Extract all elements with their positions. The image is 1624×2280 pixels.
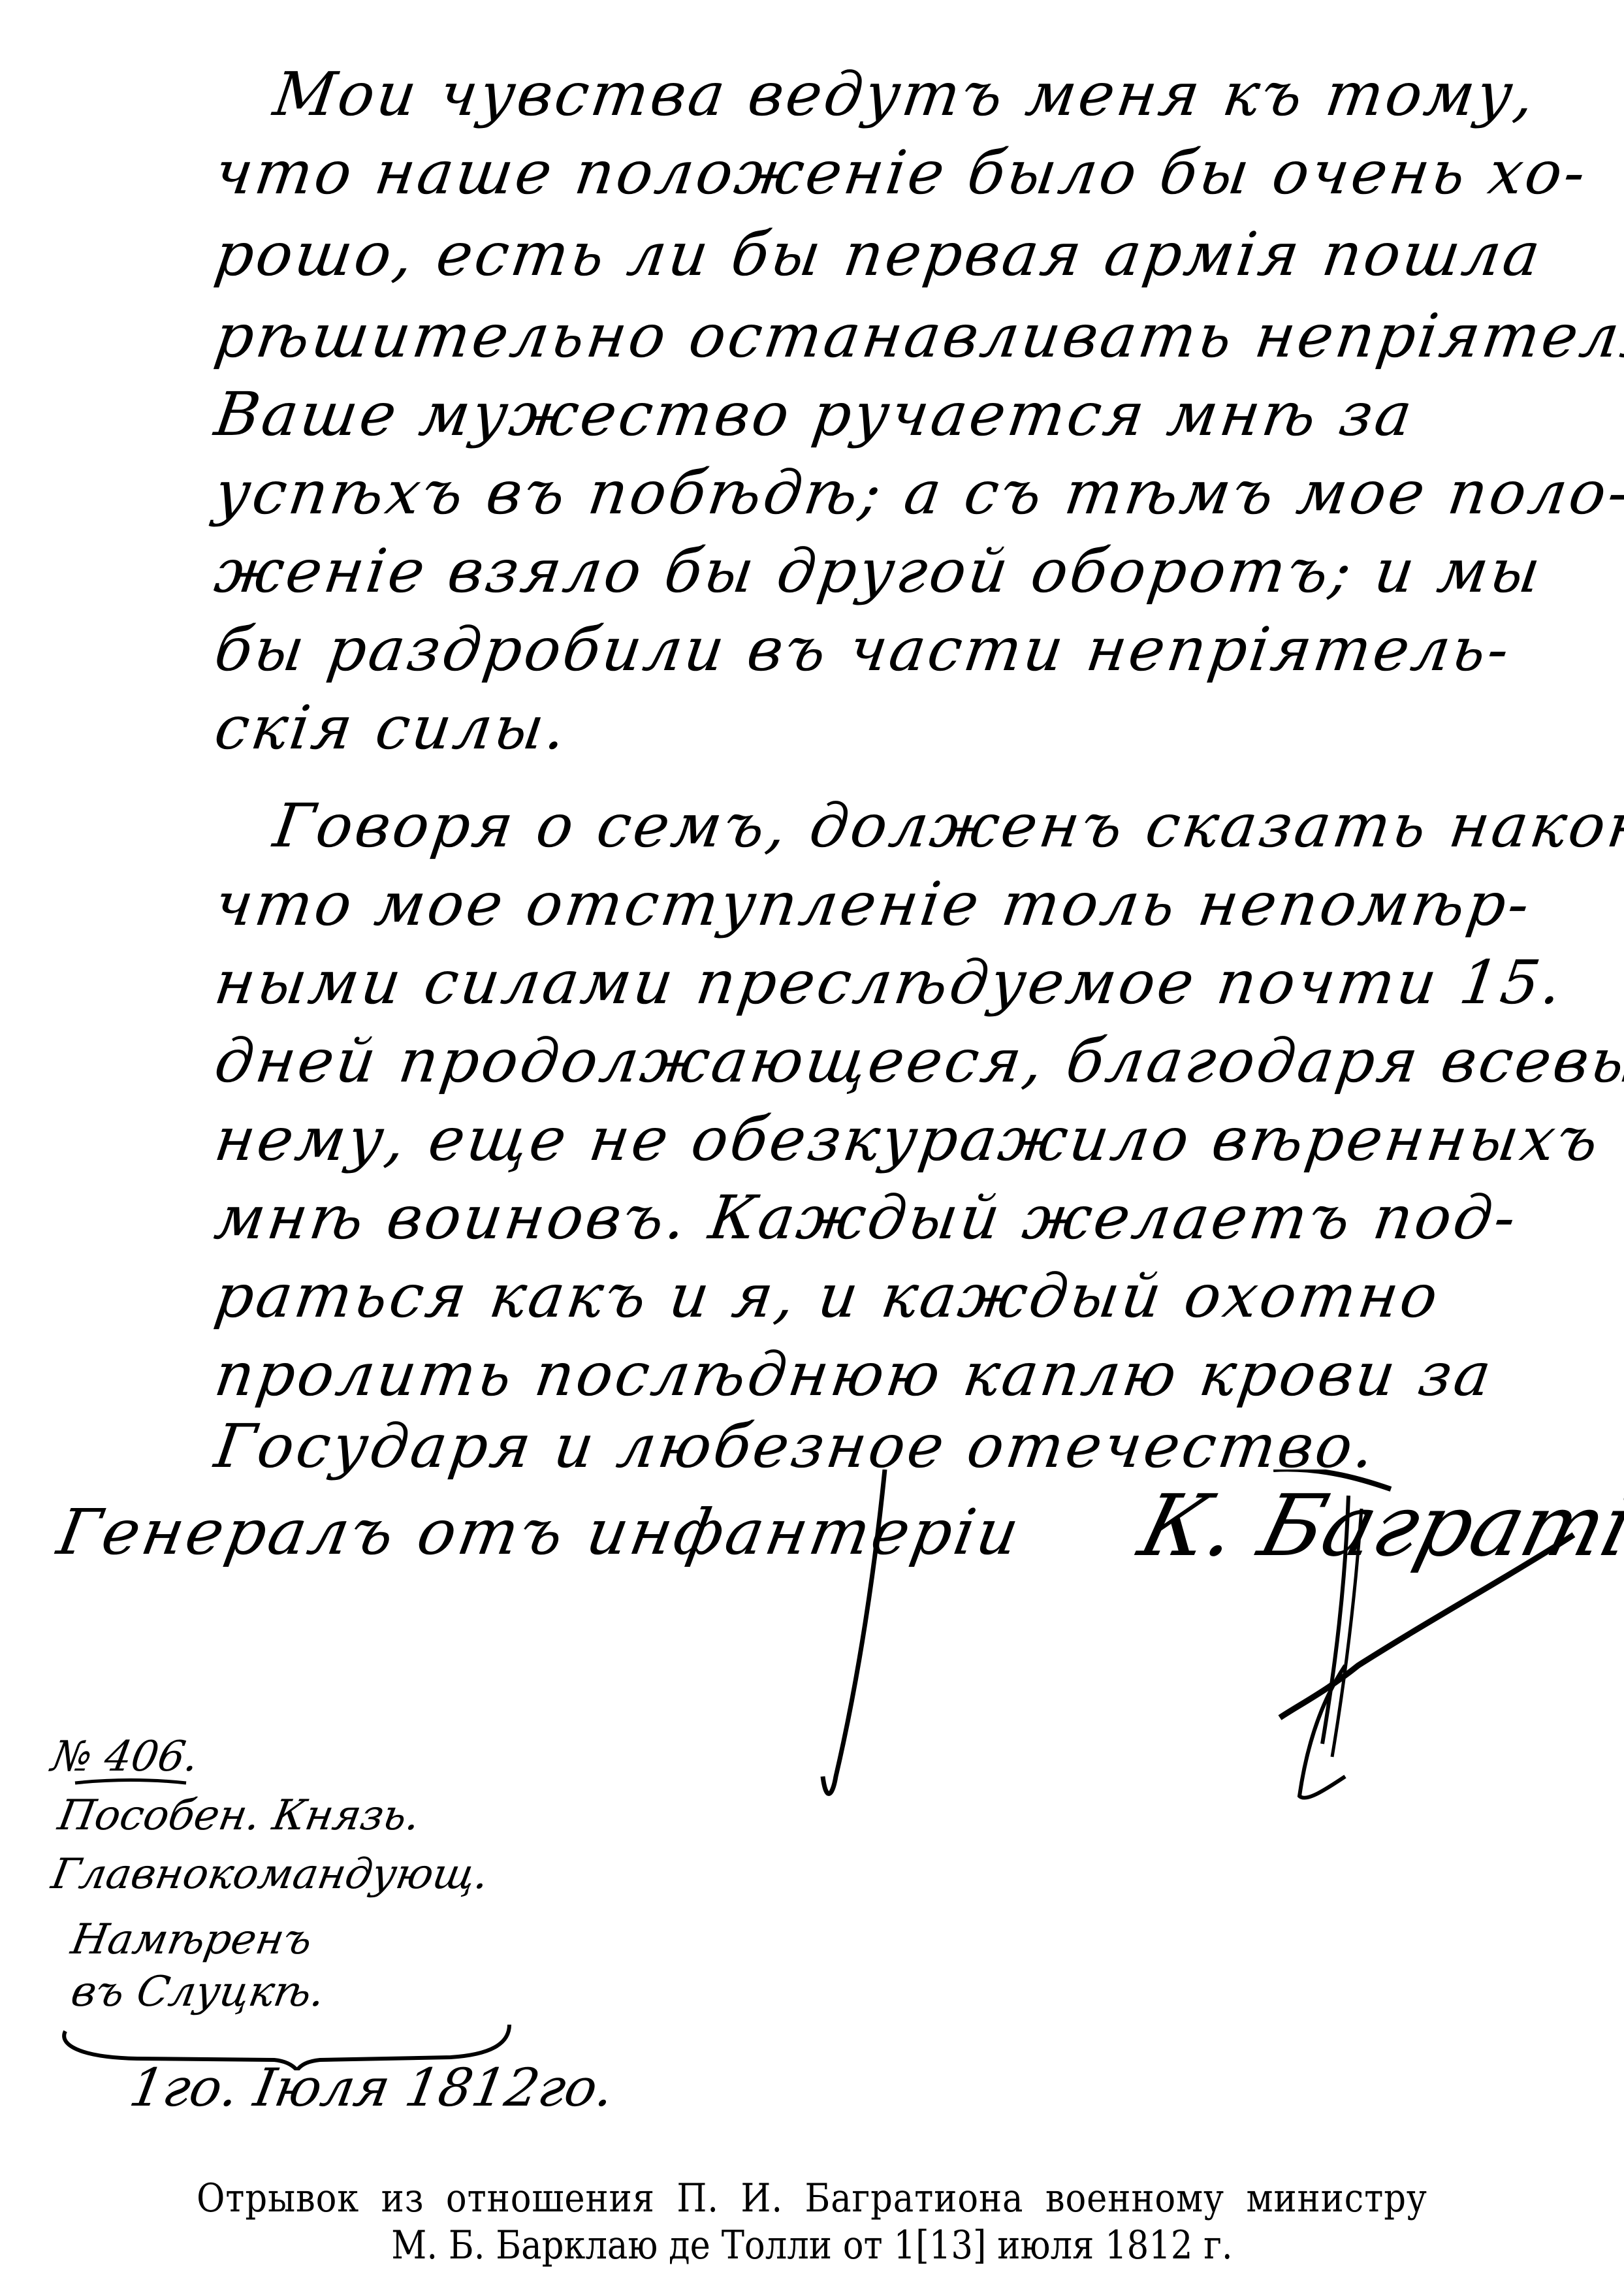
- registry-date: 1го. Іюля 1812го.: [125, 2057, 619, 2118]
- letter-line: нему, еще не обезкуражило вѣренныхъ: [210, 1104, 1605, 1176]
- letter-line: дней продолжающееся, благодаря всевыш-: [210, 1025, 1624, 1097]
- letter-line: женіе взяло бы другой оборотъ; и мы: [210, 536, 1547, 607]
- registry-note: № 406. Пособен. Князь. Главнокомандующ. …: [46, 1731, 764, 2096]
- letter-line: Ваше мужество ручается мнѣ за: [210, 379, 1418, 451]
- figure-caption: Отрывок из отношения П. И. Багратиона во…: [97, 2175, 1527, 2269]
- caption-line-1: Отрывок из отношения П. И. Багратиона во…: [97, 2175, 1527, 2222]
- registry-line: Пособен. Князь.: [54, 1790, 424, 1842]
- letter-line: рошо, есть ли бы первая армія пошла: [210, 219, 1547, 291]
- letter-line: скія силы.: [210, 692, 573, 764]
- letter-line: мнѣ воиновъ. Каждый желаетъ под-: [210, 1182, 1522, 1254]
- registry-line: Намѣренъ: [67, 1914, 316, 1966]
- letter-line: успѣхъ въ побѣдѣ; а съ тѣмъ мое поло-: [210, 457, 1624, 529]
- document-page: Мои чувства ведутъ меня къ тому, что наш…: [0, 0, 1624, 2280]
- letter-line: что наше положеніе было бы очень хо-: [210, 137, 1592, 209]
- letter-line: пролить послѣднюю каплю крови за: [210, 1339, 1498, 1411]
- underline-icon: [72, 1776, 189, 1790]
- letter-line: что мое отступленіе толь непомѣр-: [210, 869, 1536, 940]
- letter-line: Мои чувства ведутъ меня къ тому,: [269, 59, 1541, 131]
- letter-line: ными силами преслѣдуемое почти 15.: [210, 947, 1568, 1019]
- letter-line: рѣшительно останавливать непріятеля.: [210, 300, 1624, 372]
- caption-line-2: М. Б. Барклаю де Толли от 1[13] июля 181…: [97, 2222, 1527, 2269]
- registry-line: въ Слуцкѣ.: [67, 1966, 329, 2018]
- registry-number: № 406.: [48, 1731, 203, 1783]
- letter-line: бы раздробили въ части непріятель-: [210, 614, 1516, 686]
- letter-line: Говоря о семъ, долженъ сказать наконецъ,: [269, 790, 1624, 862]
- registry-line: Главнокомандующ.: [48, 1848, 493, 1901]
- letter-line: раться какъ и я, и каждый охотно: [210, 1260, 1444, 1332]
